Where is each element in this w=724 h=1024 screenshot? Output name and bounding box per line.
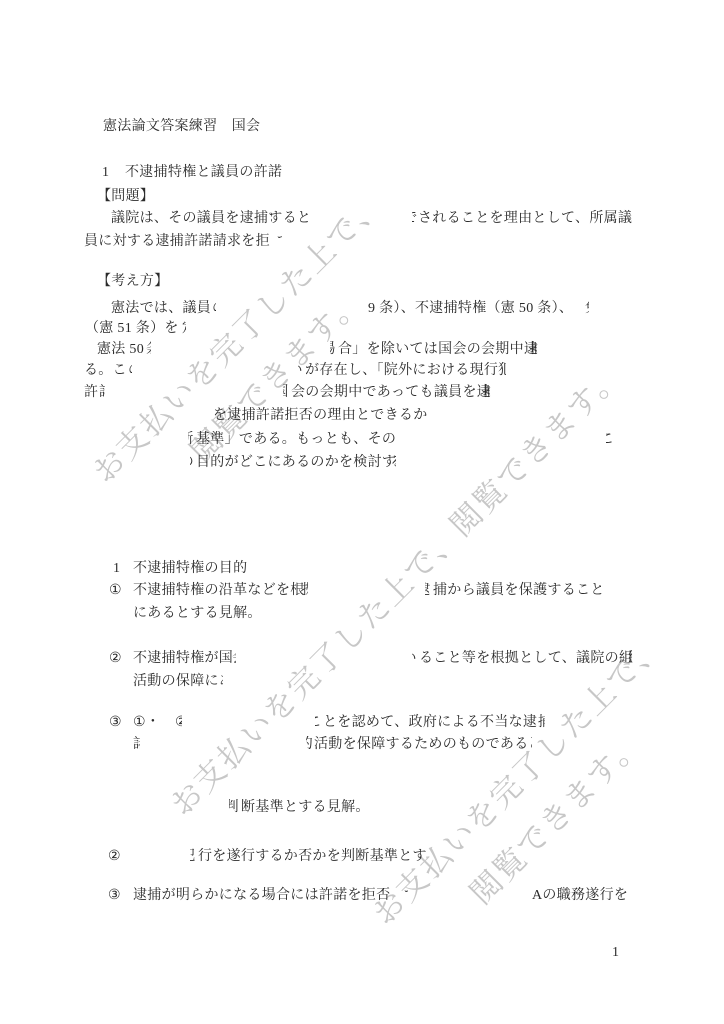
text-fragment: 4 — [360, 300, 367, 319]
text-fragment: で — [277, 233, 282, 252]
document-page: お支払いを完了した上で、 閲覧できます。お支払いを完了した上で、閲覧できます。お… — [0, 0, 724, 1024]
text-fragment: が存在し、「院外における現行 — [305, 362, 498, 380]
text-fragment: 断基準とする見解。 — [241, 799, 370, 817]
text-fragment: を逮捕許諾拒否の理由とできるか — [213, 407, 428, 425]
doc-title: 憲法論文答案練習 国会 — [103, 118, 260, 136]
item-number: ② — [108, 848, 121, 866]
text-fragment: い — [298, 362, 303, 381]
text-fragment: 拠 — [302, 582, 308, 601]
text-fragment: （憲 51 条）を — [85, 320, 179, 338]
text-fragment: で — [404, 887, 408, 906]
text-fragment: 活動を保障するためのものである — [314, 736, 529, 754]
text-fragment: 目的がどこにあるのかを検討す — [196, 454, 396, 472]
text-fragment: 場 — [330, 341, 336, 360]
text-fragment: 9 条）、不逮捕特権（憲 50 条）、 — [368, 300, 573, 318]
text-fragment: 活動の保障に — [133, 673, 219, 691]
text-fragment: 不逮捕特権の沿革などを根 — [133, 582, 305, 600]
text-fragment: 憲法 50 — [97, 341, 144, 359]
text-fragment: の — [128, 362, 132, 381]
text-fragment: 犯 — [498, 362, 506, 381]
label-question: 【問題】 — [97, 188, 154, 206]
text-fragment: 捕から議員を保護すること — [433, 582, 605, 600]
text-fragment: 会の会期中であっても議員を逮 — [291, 384, 491, 402]
text-fragment: い — [412, 650, 417, 669]
text-fragment: 諾 — [99, 384, 105, 403]
text-fragment: 憲法では、議員 — [111, 300, 211, 318]
text-fragment: 会 — [232, 650, 236, 669]
text-fragment: 諾 — [133, 736, 140, 755]
page-number: 1 — [612, 945, 619, 961]
text-fragment: 行を遂行するか否かを判断基準とす — [198, 848, 427, 866]
list-heading: 不逮捕特権の目的 — [133, 560, 247, 578]
text-fragment: あ — [219, 673, 223, 692]
text-fragment: 定 — [182, 320, 186, 339]
label-approach: 【考え方】 — [97, 273, 169, 291]
text-fragment: 議院は、その議員を逮捕すると — [111, 210, 311, 228]
text-fragment: こ — [606, 431, 615, 450]
text-fragment: 条 — [146, 341, 151, 360]
text-fragment: の — [212, 300, 216, 319]
text-fragment: 1 — [102, 164, 109, 182]
text-fragment: 不逮捕特権が国 — [133, 650, 233, 668]
text-fragment: ） — [122, 560, 131, 579]
text-fragment: とを認めて、政府による不当な逮 — [323, 714, 537, 732]
text-fragment: 1 — [113, 560, 122, 579]
text-fragment: 犯 — [190, 848, 196, 867]
text-fragment: 逮 — [425, 582, 431, 601]
text-fragment: 捕 — [538, 714, 545, 733]
text-fragment: 捕 — [530, 341, 537, 360]
text-fragment: ② — [175, 714, 182, 733]
text-fragment: で — [412, 210, 418, 229]
text-fragment: き — [268, 210, 272, 229]
text-fragment: の — [190, 454, 194, 473]
text-fragment: 員に対する逮捕許諾請求を拒 — [84, 233, 270, 251]
text-fragment: 基準」である。もっとも、その — [196, 431, 396, 449]
text-fragment: 織 — [628, 650, 632, 669]
item-number: ② — [109, 650, 122, 668]
text-fragment: ①・ — [133, 714, 160, 732]
text-fragment: ること等を根拠として、議院の組 — [419, 650, 633, 668]
text-fragment: 判 — [229, 799, 239, 818]
text-fragment: 逮捕が明らかになる場合には許諾を拒否 — [133, 887, 390, 905]
text-fragment: 合」を除いては国会の会期中逮 — [338, 341, 538, 359]
text-fragment: る — [390, 454, 396, 473]
item-number: ③ — [108, 887, 121, 905]
text-fragment: Aの職務遂行を — [532, 887, 628, 905]
section-heading: 不逮捕特権と議員の許諾 — [125, 164, 282, 182]
watermark: お支払いを完了した上で、 閲覧できます。 — [360, 621, 716, 977]
text-fragment: にあるとする見解。 — [133, 605, 262, 623]
item-number: ③ — [109, 714, 122, 732]
text-fragment: こ — [315, 714, 322, 733]
text-fragment: 許 — [84, 384, 98, 402]
item-number: ① — [109, 582, 122, 600]
text-fragment: 国 — [283, 384, 289, 403]
text-fragment: されることを理由として、所属議 — [418, 210, 632, 228]
text-fragment: 的 — [306, 736, 313, 755]
text-fragment: 断 — [188, 431, 194, 450]
text-fragment: 免 — [585, 300, 589, 319]
text-fragment: と — [528, 736, 532, 755]
text-fragment: 捕 — [483, 384, 490, 403]
text-fragment: る。こ — [84, 362, 127, 380]
